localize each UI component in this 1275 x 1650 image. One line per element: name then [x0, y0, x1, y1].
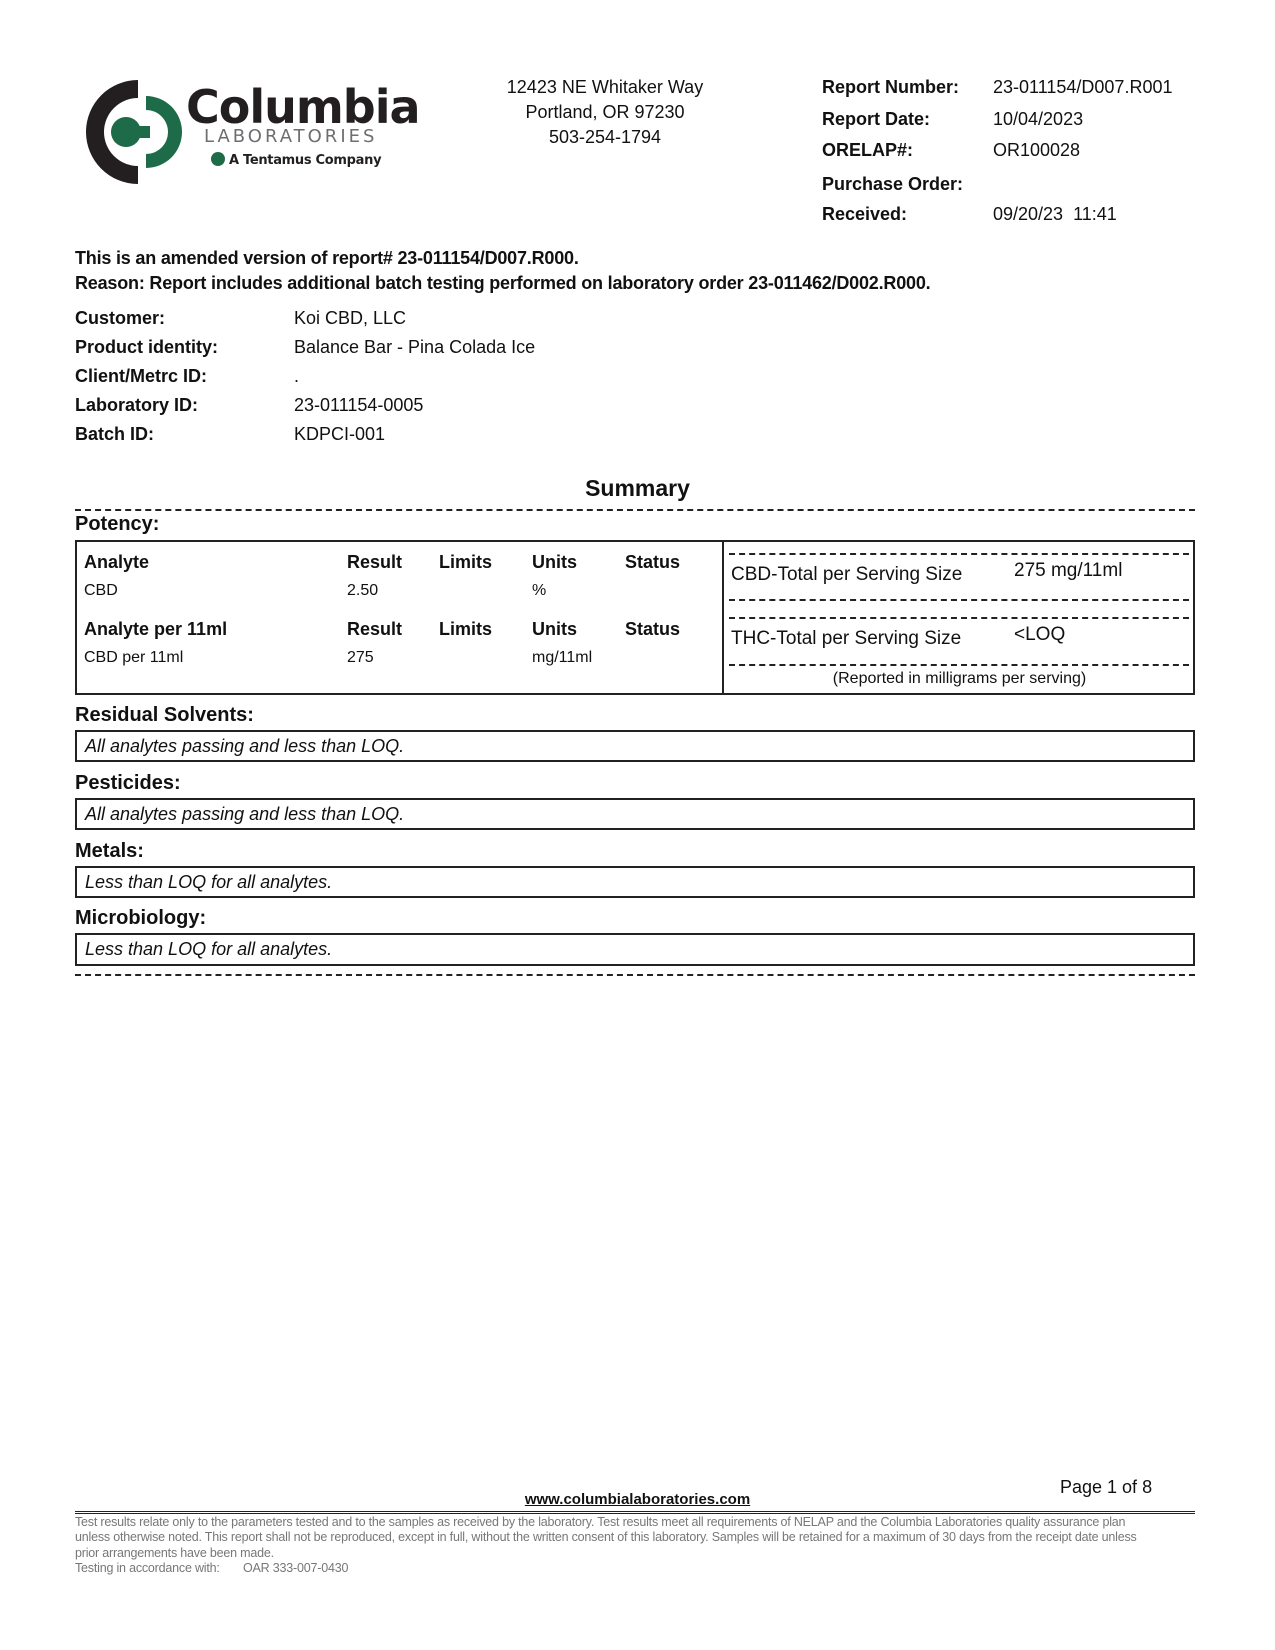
- batch-id-value: KDPCI-001: [294, 424, 385, 445]
- laboratory-id-value: 23-011154-0005: [294, 395, 423, 416]
- tentamus-icon: [211, 152, 225, 166]
- amendment-reason: Reason: Report includes additional batch…: [75, 273, 930, 294]
- cbd-total-serving-label: CBD-Total per Serving Size: [731, 564, 962, 586]
- thc-total-serving-value: <LOQ: [1014, 624, 1065, 646]
- orelap-value: OR100028: [993, 140, 1080, 161]
- product-identity-label: Product identity:: [75, 337, 218, 358]
- pesticides-label: Pesticides:: [75, 772, 181, 795]
- disclaimer-line-2: unless otherwise noted. This report shal…: [75, 1530, 1137, 1544]
- purchase-order-label: Purchase Order:: [822, 174, 963, 195]
- address-street: 12423 NE Whitaker Way: [490, 77, 720, 98]
- residual-solvents-label: Residual Solvents:: [75, 704, 254, 727]
- orelap-label: ORELAP#:: [822, 140, 913, 161]
- customer-label: Customer:: [75, 308, 165, 329]
- address-phone: 503-254-1794: [490, 127, 720, 148]
- cell-result: 275: [347, 649, 374, 667]
- received-label: Received:: [822, 204, 907, 225]
- residual-solvents-result: All analytes passing and less than LOQ.: [85, 736, 404, 757]
- pesticides-box: All analytes passing and less than LOQ.: [75, 798, 1195, 830]
- disclaimer-line-1: Test results relate only to the paramete…: [75, 1515, 1125, 1529]
- potency-header-units: Units: [532, 552, 577, 573]
- potency-per-serving-header-units: Units: [532, 619, 577, 640]
- cell-units: mg/11ml: [532, 649, 592, 667]
- footer-rule: [75, 1511, 1195, 1514]
- product-identity-value: Balance Bar - Pina Colada Ice: [294, 337, 535, 358]
- cell-analyte: CBD: [84, 582, 118, 600]
- report-number-value: 23-011154/D007.R001: [993, 77, 1172, 98]
- potency-header-analyte: Analyte: [84, 552, 149, 573]
- metals-box: Less than LOQ for all analytes.: [75, 866, 1195, 898]
- disclaimer-line-3: prior arrangements have been made.: [75, 1546, 274, 1560]
- address-city: Portland, OR 97230: [490, 102, 720, 123]
- logo-subtitle: LABORATORIES: [204, 126, 377, 147]
- website-link[interactable]: www.columbialaboratories.com: [0, 1491, 1275, 1508]
- received-value: 09/20/23 11:41: [993, 204, 1117, 225]
- report-number-label: Report Number:: [822, 77, 959, 98]
- client-metrc-id-label: Client/Metrc ID:: [75, 366, 207, 387]
- potency-per-serving-header-result: Result: [347, 619, 402, 640]
- amendment-notice: This is an amended version of report# 23…: [75, 248, 579, 269]
- pesticides-result: All analytes passing and less than LOQ.: [85, 804, 404, 825]
- potency-label: Potency:: [75, 513, 159, 536]
- cell-units: %: [532, 582, 546, 600]
- serving-divider: [729, 664, 1189, 666]
- laboratory-id-label: Laboratory ID:: [75, 395, 198, 416]
- summary-divider: [75, 509, 1195, 511]
- logo-tagline: A Tentamus Company: [211, 152, 381, 168]
- testing-standard-value: OAR 333-007-0430: [243, 1561, 348, 1575]
- client-metrc-id-value: .: [294, 366, 299, 387]
- summary-end-divider: [75, 974, 1195, 976]
- thc-total-serving-label: THC-Total per Serving Size: [731, 628, 961, 650]
- cbd-total-serving-value: 275 mg/11ml: [1014, 560, 1122, 582]
- serving-divider: [729, 617, 1189, 619]
- potency-per-serving-header-status: Status: [625, 619, 680, 640]
- potency-header-limits: Limits: [439, 552, 492, 573]
- report-date-value: 10/04/2023: [993, 109, 1083, 130]
- summary-title: Summary: [0, 475, 1275, 502]
- report-date-label: Report Date:: [822, 109, 930, 130]
- cell-result: 2.50: [347, 582, 378, 600]
- potency-per-serving-header-limits: Limits: [439, 619, 492, 640]
- serving-divider: [729, 553, 1189, 555]
- metals-result: Less than LOQ for all analytes.: [85, 872, 332, 893]
- cell-analyte: CBD per 11ml: [84, 649, 183, 667]
- customer-value: Koi CBD, LLC: [294, 308, 406, 329]
- metals-label: Metals:: [75, 840, 144, 863]
- columbia-laboratories-logo: Columbia LABORATORIES A Tentamus Company: [76, 74, 406, 190]
- potency-box: Analyte Result Limits Units Status CBD 2…: [75, 540, 1195, 695]
- logo-mark-icon: [76, 74, 186, 190]
- serving-note: (Reported in milligrams per serving): [724, 670, 1195, 688]
- serving-divider: [729, 599, 1189, 601]
- microbiology-box: Less than LOQ for all analytes.: [75, 933, 1195, 966]
- batch-id-label: Batch ID:: [75, 424, 154, 445]
- testing-standard-label: Testing in accordance with:: [75, 1561, 220, 1575]
- microbiology-result: Less than LOQ for all analytes.: [85, 939, 332, 960]
- tagline-text: A Tentamus Company: [229, 153, 381, 168]
- residual-solvents-box: All analytes passing and less than LOQ.: [75, 730, 1195, 762]
- potency-header-result: Result: [347, 552, 402, 573]
- potency-header-status: Status: [625, 552, 680, 573]
- microbiology-label: Microbiology:: [75, 907, 206, 930]
- potency-per-serving-header-analyte: Analyte per 11ml: [84, 619, 227, 640]
